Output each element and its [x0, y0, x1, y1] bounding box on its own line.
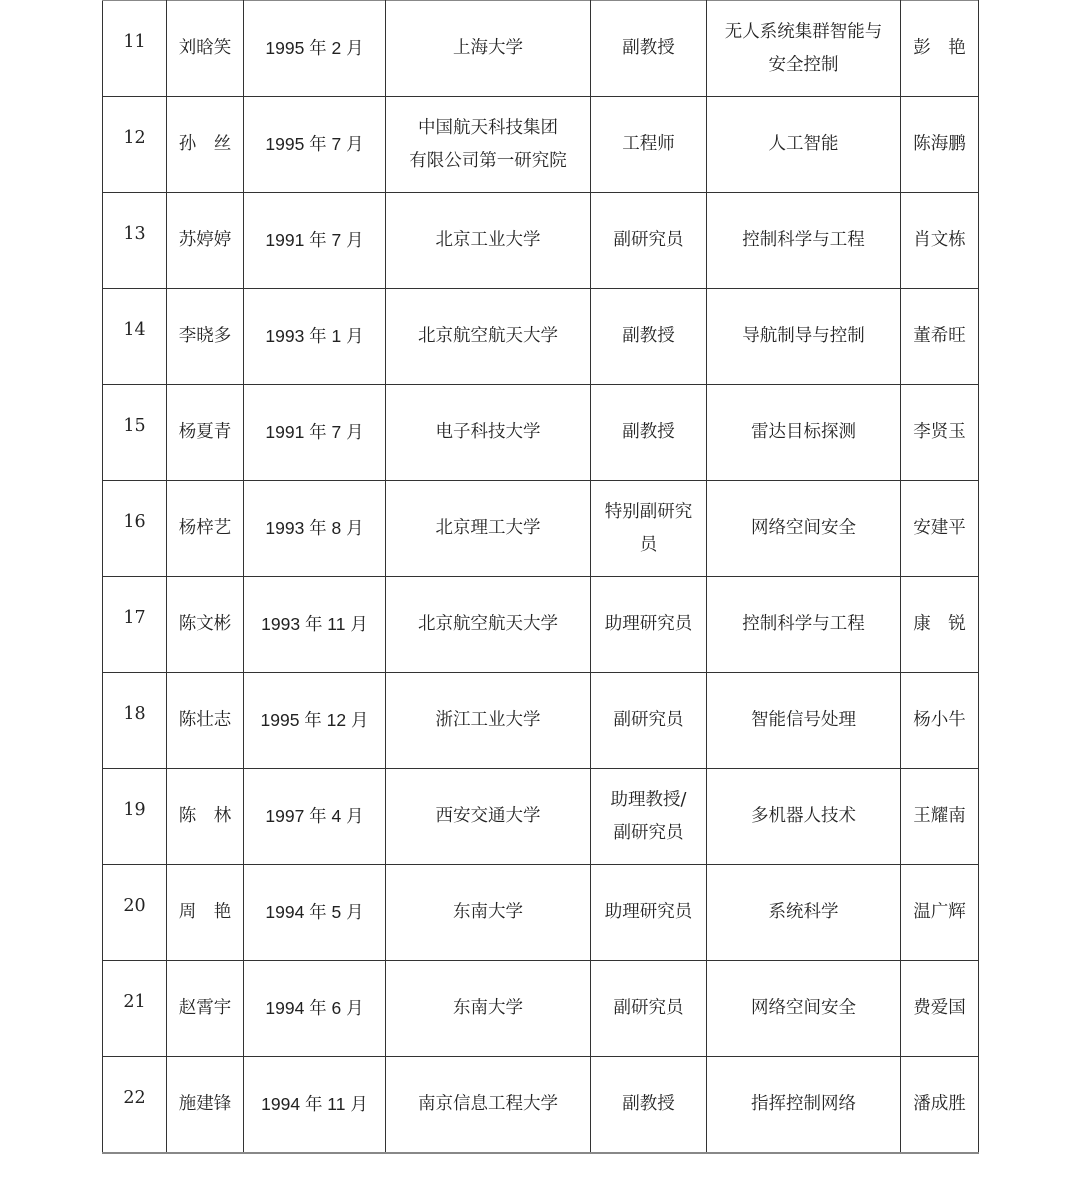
- cell-birth: 1994 年 11 月: [244, 1057, 386, 1153]
- table-row: 12 孙 丝 1995 年 7 月 中国航天科技集团 有限公司第一研究院 工程师…: [103, 97, 979, 193]
- cell-name: 刘晗笑: [167, 1, 244, 97]
- cell-title: 工程师: [591, 97, 707, 193]
- cell-title: 副研究员: [591, 193, 707, 289]
- cell-title: 副研究员: [591, 961, 707, 1057]
- unit-line-2: 有限公司第一研究院: [409, 145, 567, 178]
- cell-no: 22: [103, 1057, 167, 1153]
- table-row: 19 陈 林 1997 年 4 月 西安交通大学 助理教授/ 副研究员 多机器人…: [103, 769, 979, 865]
- cell-birth: 1997 年 4 月: [244, 769, 386, 865]
- cell-unit: 北京理工大学: [386, 481, 591, 577]
- cell-name: 赵霄宇: [167, 961, 244, 1057]
- table-row: 18 陈壮志 1995 年 12 月 浙江工业大学 副研究员 智能信号处理 杨小…: [103, 673, 979, 769]
- cell-name: 施建锋: [167, 1057, 244, 1153]
- cell-field: 雷达目标探测: [707, 385, 901, 481]
- cell-name: 周 艳: [167, 865, 244, 961]
- cell-mentor: 潘成胜: [901, 1057, 979, 1153]
- cell-title: 副研究员: [591, 673, 707, 769]
- cell-unit: 中国航天科技集团 有限公司第一研究院: [386, 97, 591, 193]
- cell-name: 陈 林: [167, 769, 244, 865]
- table-row: 13 苏婷婷 1991 年 7 月 北京工业大学 副研究员 控制科学与工程 肖文…: [103, 193, 979, 289]
- cell-field: 导航制导与控制: [707, 289, 901, 385]
- cell-title: 副教授: [591, 1, 707, 97]
- cell-name: 陈文彬: [167, 577, 244, 673]
- cell-birth: 1995 年 2 月: [244, 1, 386, 97]
- field-line-2: 安全控制: [769, 49, 839, 82]
- cell-name: 陈壮志: [167, 673, 244, 769]
- cell-no: 12: [103, 97, 167, 193]
- cell-mentor: 董希旺: [901, 289, 979, 385]
- cell-unit: 北京工业大学: [386, 193, 591, 289]
- cell-no: 20: [103, 865, 167, 961]
- cell-title: 助理研究员: [591, 577, 707, 673]
- cell-title: 助理教授/ 副研究员: [591, 769, 707, 865]
- cell-mentor: 康 锐: [901, 577, 979, 673]
- title-line-2: 副研究员: [614, 817, 684, 850]
- cell-mentor: 彭 艳: [901, 1, 979, 97]
- cell-birth: 1995 年 7 月: [244, 97, 386, 193]
- title-line-1: 助理教授/: [611, 784, 687, 817]
- cell-mentor: 杨小牛: [901, 673, 979, 769]
- title-line-1: 特别副研究: [605, 496, 693, 529]
- table-row: 16 杨梓艺 1993 年 8 月 北京理工大学 特别副研究 员 网络空间安全 …: [103, 481, 979, 577]
- cell-title: 副教授: [591, 1057, 707, 1153]
- cell-mentor: 陈海鹏: [901, 97, 979, 193]
- cell-birth: 1993 年 8 月: [244, 481, 386, 577]
- cell-birth: 1993 年 11 月: [244, 577, 386, 673]
- cell-unit: 北京航空航天大学: [386, 289, 591, 385]
- cell-mentor: 安建平: [901, 481, 979, 577]
- cell-field: 无人系统集群智能与 安全控制: [707, 1, 901, 97]
- table-row: 21 赵霄宇 1994 年 6 月 东南大学 副研究员 网络空间安全 费爱国: [103, 961, 979, 1057]
- cell-birth: 1995 年 12 月: [244, 673, 386, 769]
- table-row: 20 周 艳 1994 年 5 月 东南大学 助理研究员 系统科学 温广辉: [103, 865, 979, 961]
- cell-field: 人工智能: [707, 97, 901, 193]
- table-row: 11 刘晗笑 1995 年 2 月 上海大学 副教授 无人系统集群智能与 安全控…: [103, 1, 979, 97]
- cell-no: 17: [103, 577, 167, 673]
- cell-field: 多机器人技术: [707, 769, 901, 865]
- cell-birth: 1991 年 7 月: [244, 385, 386, 481]
- cell-unit: 浙江工业大学: [386, 673, 591, 769]
- table-row: 15 杨夏青 1991 年 7 月 电子科技大学 副教授 雷达目标探测 李贤玉: [103, 385, 979, 481]
- cell-unit: 东南大学: [386, 865, 591, 961]
- cell-unit: 电子科技大学: [386, 385, 591, 481]
- cell-title: 助理研究员: [591, 865, 707, 961]
- cell-unit: 东南大学: [386, 961, 591, 1057]
- cell-mentor: 温广辉: [901, 865, 979, 961]
- cell-field: 控制科学与工程: [707, 193, 901, 289]
- table-row: 22 施建锋 1994 年 11 月 南京信息工程大学 副教授 指挥控制网络 潘…: [103, 1057, 979, 1153]
- cell-mentor: 王耀南: [901, 769, 979, 865]
- cell-field: 智能信号处理: [707, 673, 901, 769]
- cell-mentor: 李贤玉: [901, 385, 979, 481]
- cell-no: 21: [103, 961, 167, 1057]
- cell-field: 网络空间安全: [707, 481, 901, 577]
- cell-field: 系统科学: [707, 865, 901, 961]
- cell-mentor: 费爱国: [901, 961, 979, 1057]
- cell-field: 网络空间安全: [707, 961, 901, 1057]
- cell-field: 控制科学与工程: [707, 577, 901, 673]
- cell-no: 13: [103, 193, 167, 289]
- cell-name: 杨梓艺: [167, 481, 244, 577]
- cell-name: 孙 丝: [167, 97, 244, 193]
- table-row: 14 李晓多 1993 年 1 月 北京航空航天大学 副教授 导航制导与控制 董…: [103, 289, 979, 385]
- cell-name: 李晓多: [167, 289, 244, 385]
- cell-title: 特别副研究 员: [591, 481, 707, 577]
- cell-birth: 1994 年 6 月: [244, 961, 386, 1057]
- unit-line-1: 中国航天科技集团: [418, 112, 558, 145]
- cell-title: 副教授: [591, 385, 707, 481]
- cell-unit: 上海大学: [386, 1, 591, 97]
- field-line-1: 无人系统集群智能与: [725, 16, 883, 49]
- cell-title: 副教授: [591, 289, 707, 385]
- cell-no: 16: [103, 481, 167, 577]
- cell-birth: 1991 年 7 月: [244, 193, 386, 289]
- roster-table: 11 刘晗笑 1995 年 2 月 上海大学 副教授 无人系统集群智能与 安全控…: [102, 0, 979, 1154]
- cell-unit: 北京航空航天大学: [386, 577, 591, 673]
- cell-no: 15: [103, 385, 167, 481]
- cell-no: 19: [103, 769, 167, 865]
- cell-birth: 1994 年 5 月: [244, 865, 386, 961]
- cell-unit: 南京信息工程大学: [386, 1057, 591, 1153]
- cell-no: 11: [103, 1, 167, 97]
- cell-field: 指挥控制网络: [707, 1057, 901, 1153]
- cell-birth: 1993 年 1 月: [244, 289, 386, 385]
- cell-unit: 西安交通大学: [386, 769, 591, 865]
- table-row: 17 陈文彬 1993 年 11 月 北京航空航天大学 助理研究员 控制科学与工…: [103, 577, 979, 673]
- title-line-2: 员: [640, 529, 658, 562]
- cell-name: 苏婷婷: [167, 193, 244, 289]
- cell-no: 14: [103, 289, 167, 385]
- cell-no: 18: [103, 673, 167, 769]
- cell-mentor: 肖文栋: [901, 193, 979, 289]
- cell-name: 杨夏青: [167, 385, 244, 481]
